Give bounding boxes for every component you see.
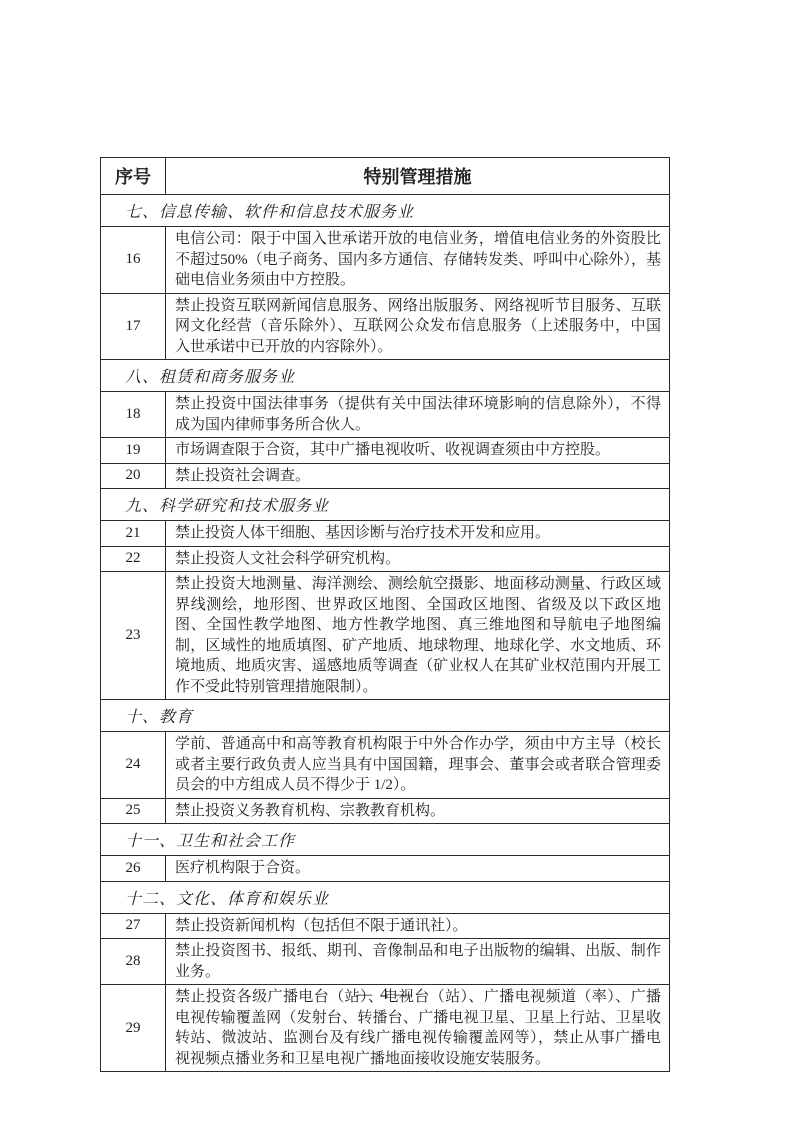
section-label: 七、信息传输、软件和信息技术服务业 — [101, 195, 670, 227]
measure-text: 禁止投资人体干细胞、基因诊断与治疗技术开发和应用。 — [166, 521, 670, 547]
measure-number: 17 — [101, 293, 166, 360]
measure-number: 21 — [101, 521, 166, 547]
measure-text: 禁止投资互联网新闻信息服务、网络出版服务、网络视听节目服务、互联网文化经营（音乐… — [166, 293, 670, 360]
measure-row: 18禁止投资中国法律事务（提供有关中国法律环境影响的信息除外），不得成为国内律师… — [101, 392, 670, 438]
measure-number: 22 — [101, 546, 166, 572]
measure-row: 16电信公司：限于中国入世承诺开放的电信业务，增值电信业务的外资股比不超过50%… — [101, 227, 670, 294]
measure-text: 医疗机构限于合资。 — [166, 856, 670, 882]
measure-row: 25禁止投资义务教育机构、宗教教育机构。 — [101, 798, 670, 824]
measure-text: 禁止投资人文社会科学研究机构。 — [166, 546, 670, 572]
measure-row: 19市场调查限于合资，其中广播电视收听、收视调查须由中方控股。 — [101, 438, 670, 464]
measure-number: 18 — [101, 392, 166, 438]
section-row: 八、租赁和商务服务业 — [101, 360, 670, 392]
section-row: 十、教育 — [101, 700, 670, 732]
measure-row: 20禁止投资社会调查。 — [101, 463, 670, 489]
page-number: — 4 — — [100, 986, 670, 1004]
section-label: 十、教育 — [101, 700, 670, 732]
measure-number: 27 — [101, 913, 166, 939]
section-row: 十二、文化、体育和娱乐业 — [101, 881, 670, 913]
measure-number: 25 — [101, 798, 166, 824]
measure-row: 27禁止投资新闻机构（包括但不限于通讯社）。 — [101, 913, 670, 939]
table-header-row: 序号 特别管理措施 — [101, 158, 670, 195]
column-header-measures: 特别管理措施 — [166, 158, 670, 195]
section-row: 十一、卫生和社会工作 — [101, 824, 670, 856]
measure-text: 禁止投资新闻机构（包括但不限于通讯社）。 — [166, 913, 670, 939]
section-row: 九、科学研究和技术服务业 — [101, 489, 670, 521]
measure-number: 16 — [101, 227, 166, 294]
section-label: 八、租赁和商务服务业 — [101, 360, 670, 392]
measure-number: 24 — [101, 732, 166, 799]
measure-number: 26 — [101, 856, 166, 882]
column-header-index: 序号 — [101, 158, 166, 195]
measure-text: 电信公司：限于中国入世承诺开放的电信业务，增值电信业务的外资股比不超过50%（电… — [166, 227, 670, 294]
table-header: 序号 特别管理措施 — [101, 158, 670, 195]
measure-text: 禁止投资中国法律事务（提供有关中国法律环境影响的信息除外），不得成为国内律师事务… — [166, 392, 670, 438]
measure-row: 28禁止投资图书、报纸、期刊、音像制品和电子出版物的编辑、出版、制作业务。 — [101, 939, 670, 985]
section-label: 十一、卫生和社会工作 — [101, 824, 670, 856]
measure-text: 禁止投资义务教育机构、宗教教育机构。 — [166, 798, 670, 824]
section-label: 十二、文化、体育和娱乐业 — [101, 881, 670, 913]
measure-row: 24学前、普通高中和高等教育机构限于中外合作办学，须由中方主导（校长或者主要行政… — [101, 732, 670, 799]
measure-number: 28 — [101, 939, 166, 985]
special-measures-table: 序号 特别管理措施 七、信息传输、软件和信息技术服务业16电信公司：限于中国入世… — [100, 157, 670, 1072]
measure-number: 23 — [101, 572, 166, 700]
measure-row: 21禁止投资人体干细胞、基因诊断与治疗技术开发和应用。 — [101, 521, 670, 547]
measure-row: 17禁止投资互联网新闻信息服务、网络出版服务、网络视听节目服务、互联网文化经营（… — [101, 293, 670, 360]
measure-text: 禁止投资大地测量、海洋测绘、测绘航空摄影、地面移动测量、行政区域界线测绘，地形图… — [166, 572, 670, 700]
document-page: 序号 特别管理措施 七、信息传输、软件和信息技术服务业16电信公司：限于中国入世… — [0, 0, 800, 1131]
measure-number: 19 — [101, 438, 166, 464]
section-label: 九、科学研究和技术服务业 — [101, 489, 670, 521]
measure-row: 23禁止投资大地测量、海洋测绘、测绘航空摄影、地面移动测量、行政区域界线测绘，地… — [101, 572, 670, 700]
measure-text: 学前、普通高中和高等教育机构限于中外合作办学，须由中方主导（校长或者主要行政负责… — [166, 732, 670, 799]
measure-row: 22禁止投资人文社会科学研究机构。 — [101, 546, 670, 572]
section-row: 七、信息传输、软件和信息技术服务业 — [101, 195, 670, 227]
measure-text: 禁止投资社会调查。 — [166, 463, 670, 489]
measure-row: 26医疗机构限于合资。 — [101, 856, 670, 882]
measures-table-body: 七、信息传输、软件和信息技术服务业16电信公司：限于中国入世承诺开放的电信业务，… — [101, 195, 670, 1072]
measure-number: 20 — [101, 463, 166, 489]
measure-text: 禁止投资图书、报纸、期刊、音像制品和电子出版物的编辑、出版、制作业务。 — [166, 939, 670, 985]
measure-text: 市场调查限于合资，其中广播电视收听、收视调查须由中方控股。 — [166, 438, 670, 464]
